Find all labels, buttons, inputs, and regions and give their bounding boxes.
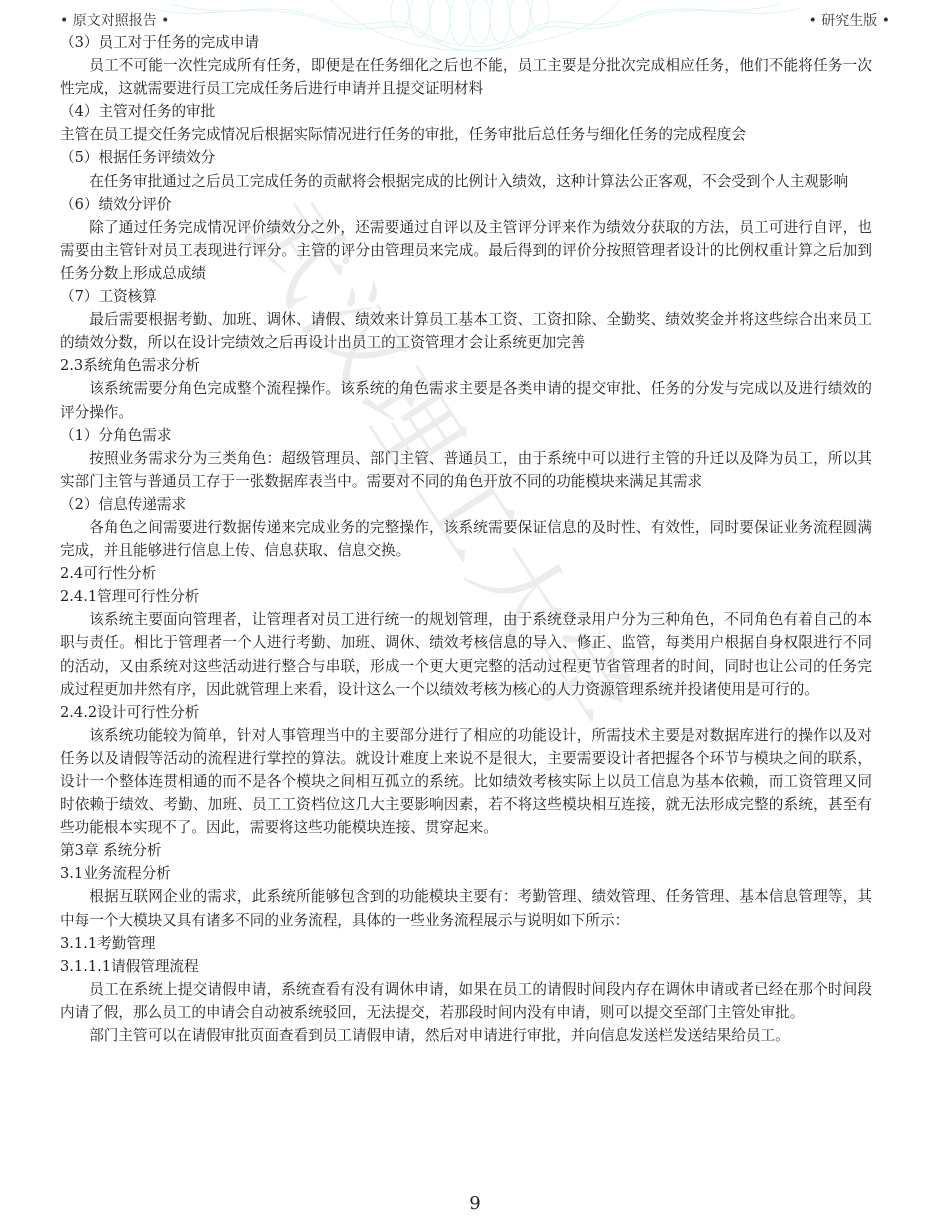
paragraph: 该系统需要分角色完成整个流程操作。该系统的角色需求主要是各类申请的提交审批、任务… bbox=[60, 377, 872, 423]
section-heading: 2.3系统角色需求分析 bbox=[60, 354, 872, 377]
paragraph: 最后需要根据考勤、加班、调休、请假、绩效来计算员工基本工资、工资扣除、全勤奖、绩… bbox=[60, 308, 872, 354]
paragraph: 各角色之间需要进行数据传递来完成业务的完整操作，该系统需要保证信息的及时性、有效… bbox=[60, 516, 872, 562]
paragraph: 部门主管可以在请假审批页面查看到员工请假申请，然后对申请进行审批，并向信息发送栏… bbox=[60, 1024, 872, 1047]
paragraph: 员工在系统上提交请假申请，系统查看有没有调休申请，如果在员工的请假时间段内存在调… bbox=[60, 978, 872, 1024]
subheading: （3）员工对于任务的完成申请 bbox=[60, 31, 872, 54]
subheading: （7）工资核算 bbox=[60, 285, 872, 308]
header-right-label: • 研究生版 • bbox=[809, 10, 890, 30]
page-number: 9 bbox=[0, 1193, 950, 1214]
document-body: （3）员工对于任务的完成申请 员工不可能一次性完成所有任务，即便是在任务细化之后… bbox=[60, 31, 872, 1047]
paragraph: 主管在员工提交任务完成情况后根据实际情况进行任务的审批，任务审批后总任务与细化任… bbox=[60, 123, 872, 146]
subheading: （5）根据任务评绩效分 bbox=[60, 146, 872, 169]
paragraph: 除了通过任务完成情况评价绩效分之外，还需要通过自评以及主管评分评来作为绩效分获取… bbox=[60, 216, 872, 285]
paragraph: 该系统主要面向管理者，让管理者对员工进行统一的规划管理，由于系统登录用户分为三种… bbox=[60, 608, 872, 700]
paragraph: 该系统功能较为简单，针对人事管理当中的主要部分进行了相应的功能设计，所需技术主要… bbox=[60, 724, 872, 839]
section-heading: 3.1业务流程分析 bbox=[60, 862, 872, 885]
section-heading: 2.4.1管理可行性分析 bbox=[60, 585, 872, 608]
section-heading: 2.4.2设计可行性分析 bbox=[60, 701, 872, 724]
subheading: （1）分角色需求 bbox=[60, 424, 872, 447]
paragraph: 在任务审批通过之后员工完成任务的贡献将会根据完成的比例计入绩效，这种计算法公正客… bbox=[60, 170, 872, 193]
subheading: （6）绩效分评价 bbox=[60, 193, 872, 216]
subheading: （4）主管对任务的审批 bbox=[60, 100, 872, 123]
paragraph: 按照业务需求分为三类角色：超级管理员、部门主管、普通员工，由于系统中可以进行主管… bbox=[60, 447, 872, 493]
page-header: • 原文对照报告 • • 研究生版 • bbox=[60, 10, 890, 32]
chapter-heading: 第3章 系统分析 bbox=[60, 839, 872, 862]
subheading: （2）信息传递需求 bbox=[60, 493, 872, 516]
paragraph: 员工不可能一次性完成所有任务，即便是在任务细化之后也不能，员工主要是分批次完成相… bbox=[60, 54, 872, 100]
section-heading: 3.1.1.1请假管理流程 bbox=[60, 955, 872, 978]
section-heading: 3.1.1考勤管理 bbox=[60, 932, 872, 955]
section-heading: 2.4可行性分析 bbox=[60, 562, 872, 585]
paragraph: 根据互联网企业的需求，此系统所能够包含到的功能模块主要有：考勤管理、绩效管理、任… bbox=[60, 885, 872, 931]
header-left-label: • 原文对照报告 • bbox=[60, 10, 169, 30]
